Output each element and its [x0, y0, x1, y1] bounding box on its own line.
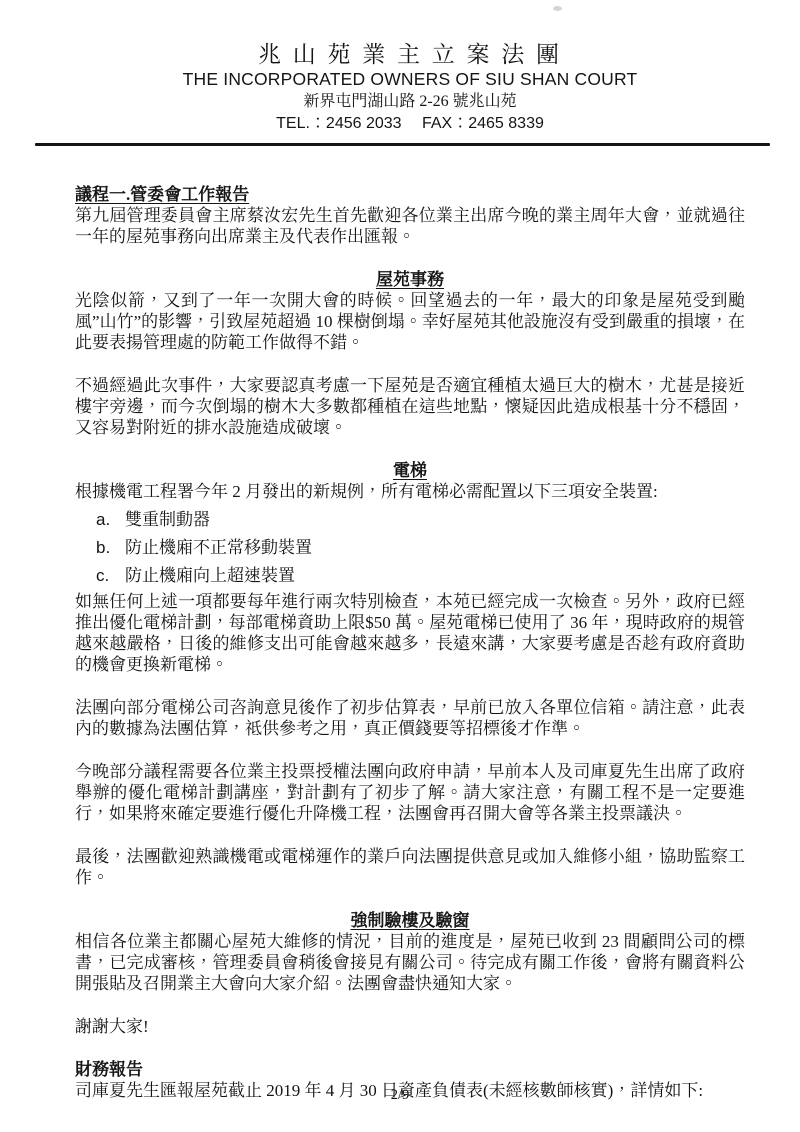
inspection-paragraph: 相信各位業主都關心屋苑大維修的情況，目前的進度是，屋苑已收到 23 間顧問公司的… — [75, 931, 745, 994]
agenda-heading: 議程一.管委會工作報告 — [75, 184, 745, 205]
lift-heading: 電梯 — [75, 460, 745, 481]
scan-artifact — [553, 6, 562, 11]
lift-paragraph-4: 最後，法團歡迎熟識機電或電梯運作的業戶向法團提供意見或加入維修小組，協助監察工作… — [75, 846, 745, 888]
list-item-text: 防止機廂不正常移動裝置 — [125, 537, 312, 558]
document-page: 兆 山 苑 業 主 立 案 法 團 THE INCORPORATED OWNER… — [0, 0, 800, 1132]
list-item-text: 雙重制動器 — [125, 509, 210, 530]
list-marker: c. — [75, 565, 125, 586]
estate-affairs-heading: 屋苑事務 — [75, 269, 745, 290]
page-number: 2/9 — [0, 1087, 800, 1104]
org-contact: TEL.：2456 2033 FAX：2465 8339 — [75, 113, 745, 135]
finance-heading: 財務報告 — [75, 1059, 745, 1080]
list-item: a. 雙重制動器 — [75, 509, 745, 530]
letterhead: 兆 山 苑 業 主 立 案 法 團 THE INCORPORATED OWNER… — [75, 42, 745, 135]
list-item: c. 防止機廂向上超速裝置 — [75, 565, 745, 586]
lift-intro: 根據機電工程署今年 2 月發出的新規例，所有電梯必需配置以下三項安全裝置: — [75, 481, 745, 502]
list-item-text: 防止機廂向上超速裝置 — [125, 565, 295, 586]
estate-paragraph-2: 不過經過此次事件，大家要認真考慮一下屋苑是否適宜種植太過巨大的樹木，尤甚是接近樓… — [75, 375, 745, 438]
org-address: 新界屯門湖山路 2-26 號兆山苑 — [75, 91, 745, 113]
lift-paragraph-3: 今晚部分議程需要各位業主投票授權法團向政府申請，早前本人及司庫夏先生出席了政府舉… — [75, 761, 745, 824]
estate-paragraph-1: 光陰似箭，又到了一年一次開大會的時候。回望過去的一年，最大的印象是屋苑受到颱風”… — [75, 290, 745, 353]
list-marker: a. — [75, 509, 125, 530]
org-name-chinese: 兆 山 苑 業 主 立 案 法 團 — [75, 42, 745, 68]
intro-paragraph: 第九屆管理委員會主席蔡汝宏先生首先歡迎各位業主出席今晚的業主周年大會，並就過往一… — [75, 205, 745, 247]
lift-paragraph-2: 法團向部分電梯公司咨詢意見後作了初步估算表，早前已放入各單位信箱。請注意，此表內… — [75, 697, 745, 739]
safety-device-list: a. 雙重制動器 b. 防止機廂不正常移動裝置 c. 防止機廂向上超速裝置 — [75, 509, 745, 586]
lift-paragraph-1: 如無任何上述一項都要每年進行兩次特別檢查，本苑已經完成一次檢查。另外，政府已經推… — [75, 591, 745, 675]
org-name-english: THE INCORPORATED OWNERS OF SIU SHAN COUR… — [75, 68, 745, 91]
header-divider — [35, 143, 770, 146]
thanks-line: 謝謝大家! — [75, 1016, 745, 1037]
list-item: b. 防止機廂不正常移動裝置 — [75, 537, 745, 558]
list-marker: b. — [75, 537, 125, 558]
inspection-heading: 強制驗樓及驗窗 — [75, 910, 745, 931]
document-body: 議程一.管委會工作報告 第九屆管理委員會主席蔡汝宏先生首先歡迎各位業主出席今晚的… — [75, 184, 745, 1101]
